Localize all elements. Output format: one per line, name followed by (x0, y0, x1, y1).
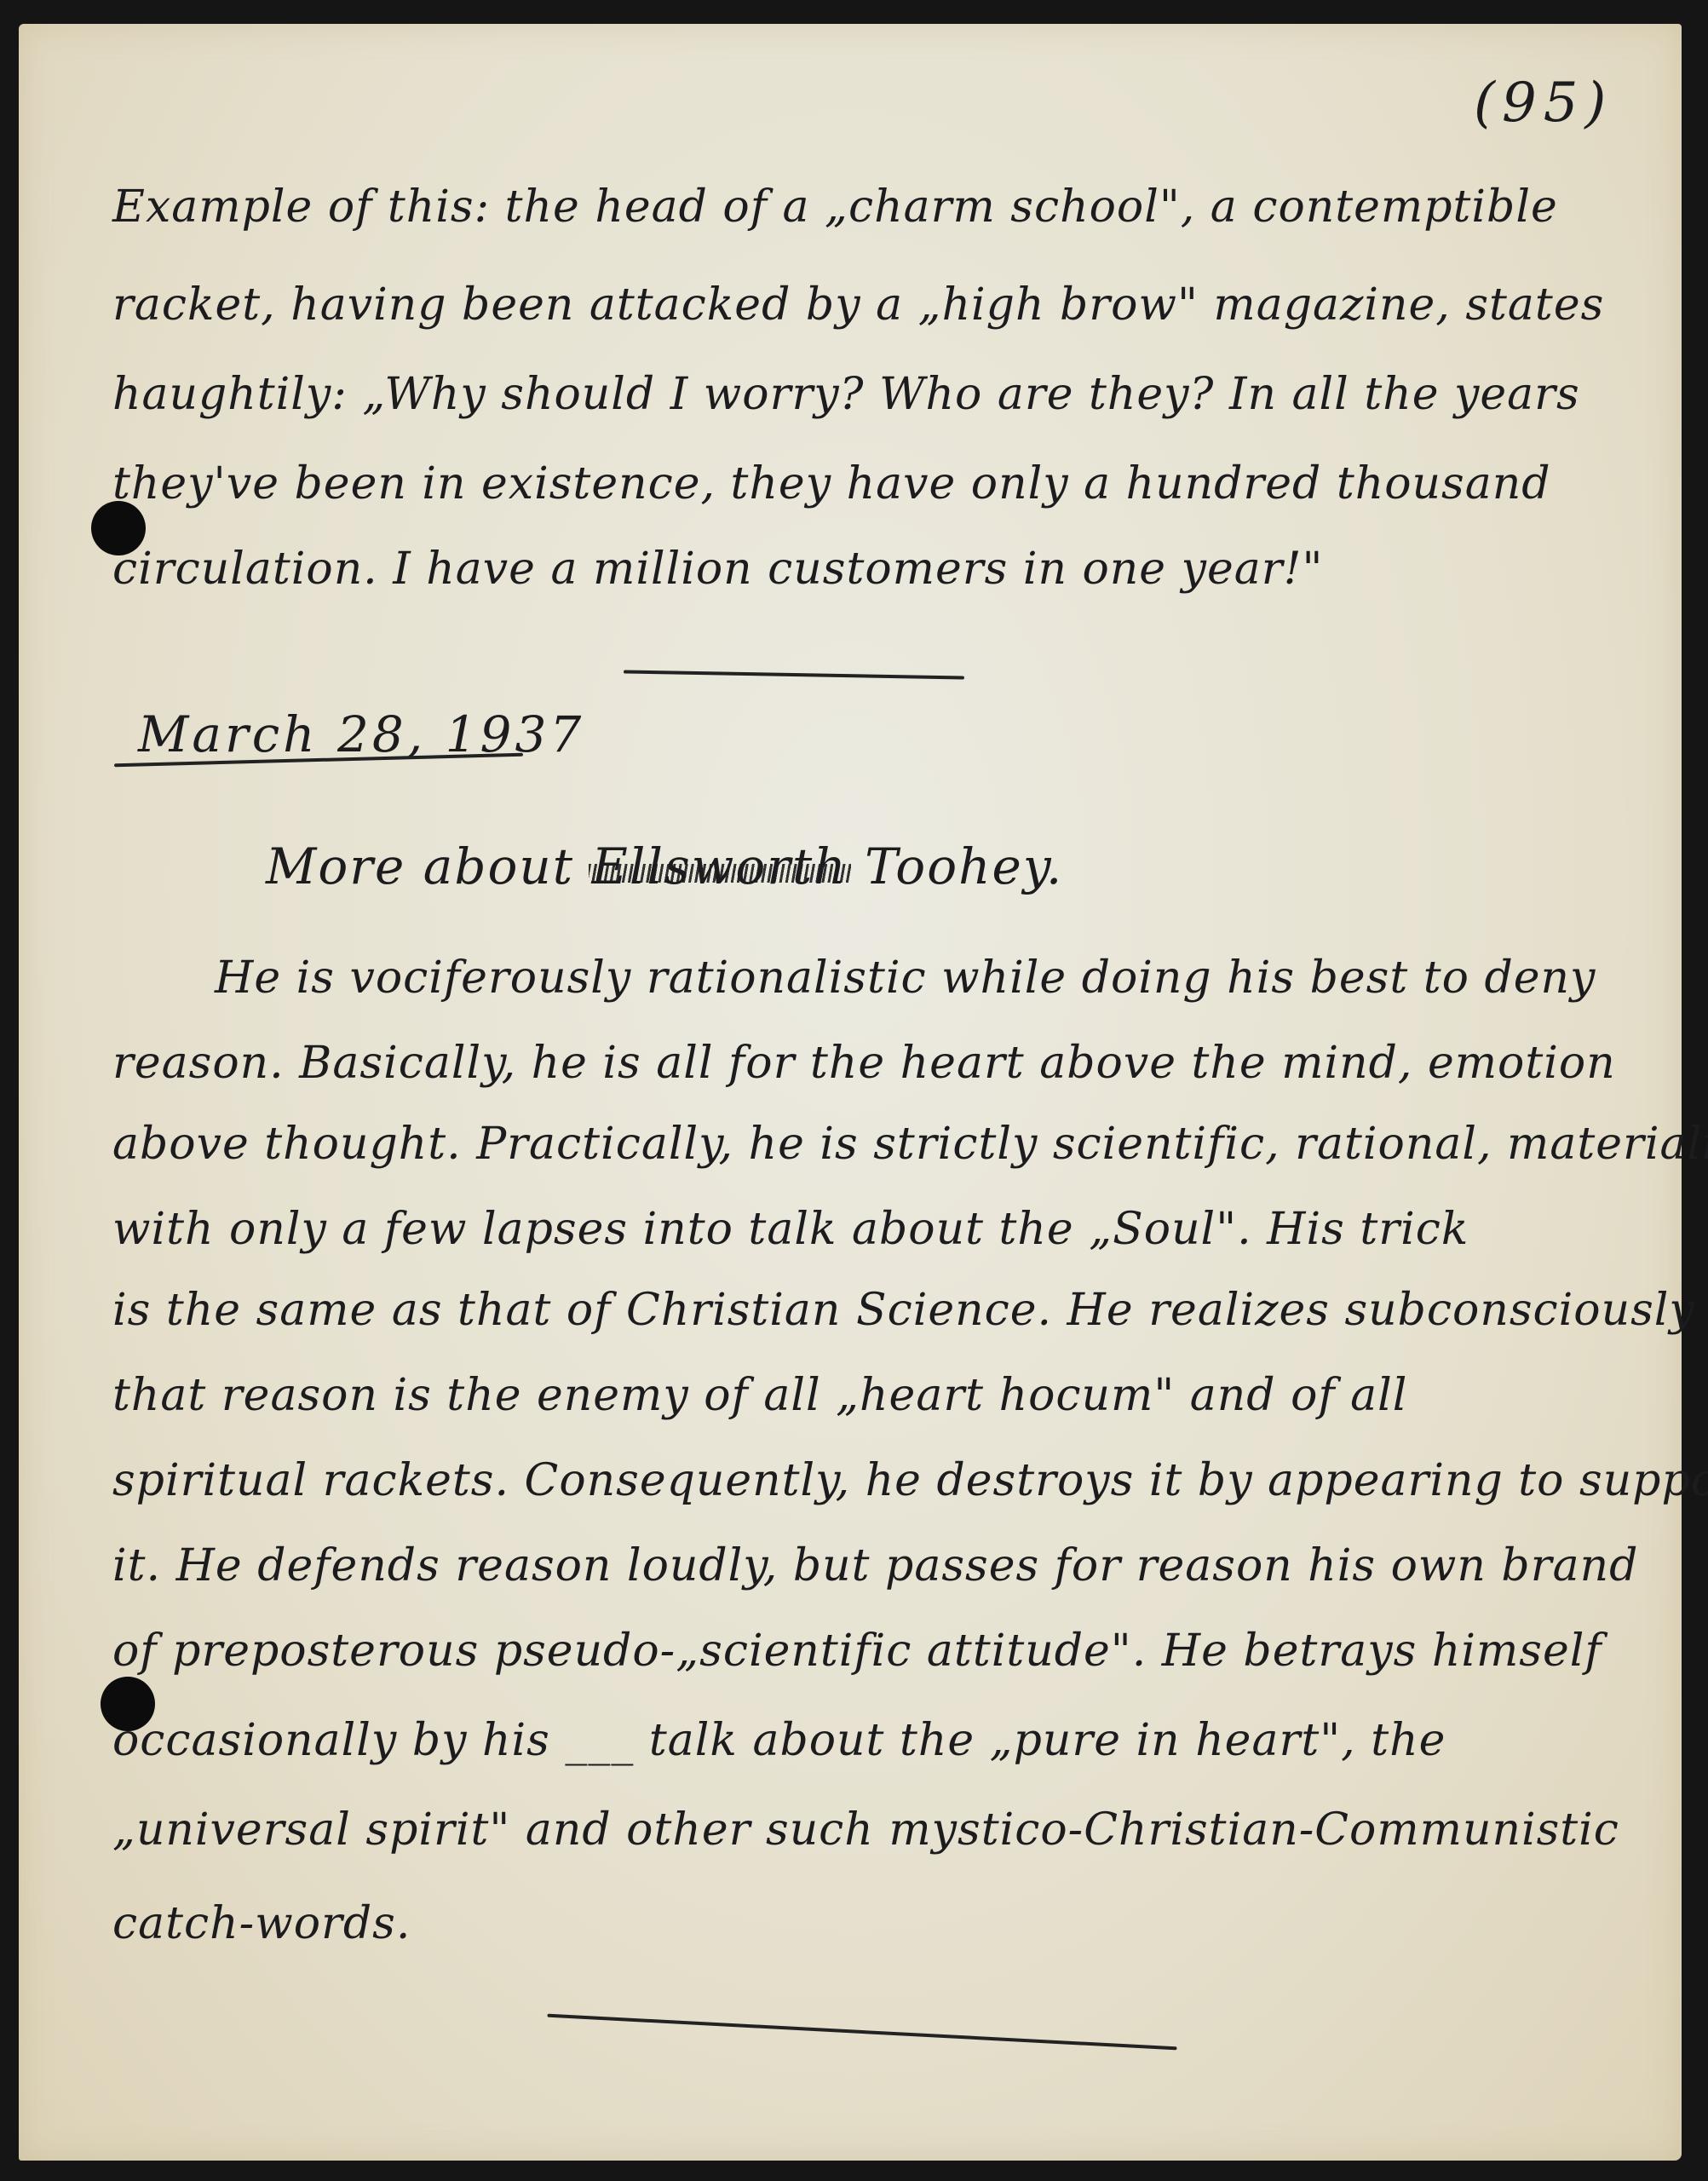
text-line: spiritual rackets. Consequently, he dest… (112, 1455, 1708, 1506)
text-line: of preposterous pseudo-„scientific attit… (112, 1626, 1602, 1677)
heading-subject: Toohey. (865, 837, 1063, 895)
text-line: is the same as that of Christian Science… (112, 1285, 1695, 1336)
page-number: (95) (1474, 72, 1613, 135)
text-line: they've been in existence, they have onl… (112, 458, 1551, 509)
text-line: haughtily: „Why should I worry? Who are … (112, 369, 1580, 420)
text-line: „universal spirit" and other such mystic… (112, 1804, 1619, 1856)
section-divider (624, 670, 964, 680)
text-line: it. He defends reason loudly, but passes… (112, 1540, 1638, 1591)
text-line: catch-words. (112, 1898, 411, 1949)
punch-hole-top (91, 501, 146, 555)
text-line: that reason is the enemy of all „heart h… (112, 1370, 1407, 1421)
struck-out-word: Ellsworth (592, 837, 848, 895)
entry-heading: More about Ellsworth Toohey. (266, 837, 1063, 895)
manuscript-page: (95) Example of this: the head of a „cha… (19, 24, 1682, 2161)
text-line: above thought. Practically, he is strict… (112, 1119, 1708, 1170)
closing-divider (547, 2014, 1176, 2051)
punch-hole-bottom (101, 1677, 155, 1731)
heading-prefix: More about (266, 837, 574, 895)
text-line: He is vociferously rationalistic while d… (215, 952, 1596, 1004)
text-line: racket, having been attacked by a „high … (112, 279, 1604, 331)
text-line: Example of this: the head of a „charm sc… (112, 181, 1558, 233)
text-line: with only a few lapses into talk about t… (112, 1204, 1469, 1255)
text-line: occasionally by his ___ talk about the „… (112, 1715, 1446, 1766)
text-line: reason. Basically, he is all for the hea… (112, 1038, 1616, 1089)
text-line: circulation. I have a million customers … (112, 544, 1323, 595)
